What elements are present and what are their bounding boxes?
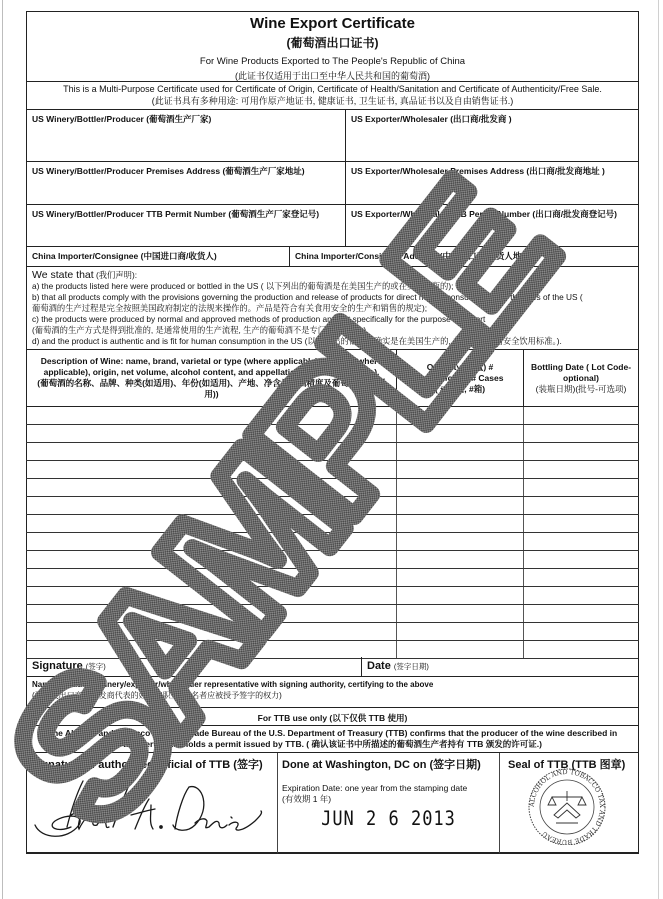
description-cell[interactable]: [26, 461, 397, 478]
ttb-confirmation: The Alcohol and Tobacco Tax and Trade Bu…: [26, 726, 639, 753]
declaration-statement: We state that (我们声明): a) the products li…: [26, 266, 639, 350]
ttb-official-signature-label: Signature of authorized official of TTB …: [27, 753, 277, 775]
handwritten-signature: [27, 775, 267, 845]
column-bottling-label-cn: (装瓶日期)(批号-可选项): [529, 384, 633, 395]
bottling-date-cell[interactable]: [524, 605, 639, 622]
producer-label: US Winery/Bottler/Producer (葡萄酒生产厂家): [32, 114, 211, 124]
table-row: [26, 551, 639, 569]
quantity-cell[interactable]: [397, 479, 524, 496]
quantity-cell[interactable]: [397, 515, 524, 532]
exporter-label: US Exporter/Wholesaler (出口商/批发商 ): [351, 114, 512, 124]
exporter-permit-label: US Exporter/Wholesaler TTB Permit Number…: [351, 209, 617, 219]
table-row: [26, 479, 639, 497]
column-header-description: Description of Wine: name, brand, variet…: [26, 350, 397, 407]
name-title-label-cn: (酒厂或出口商或批发商代表的姓名和职务, 签名者应被授予签字的权力): [32, 690, 633, 701]
table-row: [26, 533, 639, 551]
table-row: [26, 407, 639, 425]
bottling-date-cell[interactable]: [524, 497, 639, 514]
certificate-header: Wine Export Certificate (葡萄酒出口证书) For Wi…: [26, 11, 639, 82]
quantity-cell[interactable]: [397, 551, 524, 568]
exporter-address-label: US Exporter/Wholesaler Premises Address …: [351, 166, 605, 176]
name-title-label: Name and title of winery/exporter/wholes…: [32, 679, 633, 690]
description-cell[interactable]: [26, 569, 397, 586]
description-cell[interactable]: [26, 515, 397, 532]
table-row: [26, 569, 639, 587]
table-row: [26, 623, 639, 641]
ttb-use-only-banner: For TTB use only (以下仅供 TTB 使用): [26, 708, 639, 726]
description-cell[interactable]: [26, 551, 397, 568]
signature-divider: [361, 657, 362, 677]
bottling-date-cell[interactable]: [524, 443, 639, 460]
ttb-seal-box: Seal of TTB (TTB 图章) ALCOHOL AND TOBACCO…: [500, 753, 639, 854]
quantity-cell[interactable]: [397, 443, 524, 460]
bottling-date-cell[interactable]: [524, 425, 639, 442]
bottling-date-cell[interactable]: [524, 407, 639, 424]
table-row: [26, 605, 639, 623]
statement-d: d) and the product is authentic and is f…: [32, 336, 633, 347]
column-quantity-label-cn: ( #瓶/箱, #箱): [402, 384, 518, 395]
bottling-date-cell[interactable]: [524, 515, 639, 532]
column-description-label: Description of Wine: name, brand, variet…: [35, 356, 388, 378]
description-cell[interactable]: [26, 623, 397, 640]
description-cell[interactable]: [26, 425, 397, 442]
bottling-date-cell[interactable]: [524, 641, 639, 658]
table-row: [26, 461, 639, 479]
document-title: Wine Export Certificate: [27, 15, 638, 32]
quantity-cell[interactable]: [397, 425, 524, 442]
stamped-date: JUN 2 6 2013: [278, 808, 499, 831]
quantity-cell[interactable]: [397, 407, 524, 424]
description-cell[interactable]: [26, 641, 397, 658]
quantity-cell[interactable]: [397, 641, 524, 658]
bottling-date-cell[interactable]: [524, 533, 639, 550]
name-title-field[interactable]: Name and title of winery/exporter/wholes…: [26, 677, 639, 708]
bottling-date-cell[interactable]: [524, 479, 639, 496]
importer-label: China Importer/Consignee (中国进口商/收货人): [32, 251, 217, 261]
document-title-cn: (葡萄酒出口证书): [27, 34, 638, 51]
column-header-quantity: Quantity (数量) # Bottles/case, # Cases ( …: [397, 350, 524, 407]
statement-lead-cn: (我们声明):: [96, 270, 137, 280]
date-label-cn: (签字日期): [394, 662, 429, 671]
signature-field[interactable]: Signature (签字): [32, 660, 106, 672]
expiration-note: Expiration Date: one year from the stamp…: [282, 783, 495, 794]
description-cell[interactable]: [26, 407, 397, 424]
statement-lead: We state that: [32, 269, 94, 281]
ttb-confirmation-line-2: this certificate holds a permit issued b…: [27, 739, 638, 750]
page-edge: [2, 0, 3, 899]
purpose-text-cn: (此证书具有多种用途: 可用作原产地证书, 健康证书, 卫生证书, 真品证书以及…: [27, 95, 638, 107]
quantity-cell[interactable]: [397, 587, 524, 604]
ttb-use-only-label: For TTB use only (以下仅供 TTB 使用): [258, 713, 408, 723]
importer-field[interactable]: China Importer/Consignee (中国进口商/收货人): [26, 247, 290, 266]
column-description-label-cn: (葡萄酒的名称、品牌、种类(如适用)、年份(如适用)、产地、净含量、酒精度及葡萄…: [35, 378, 388, 400]
statement-c: c) the products were produced by normal …: [32, 314, 633, 325]
wine-table-body: [26, 407, 639, 659]
statement-c-cn: (葡萄酒的生产方式是得到批准的, 是通常使用的生产流程, 生产的葡萄酒不是专门用…: [32, 325, 633, 336]
description-cell[interactable]: [26, 497, 397, 514]
bottling-date-cell[interactable]: [524, 461, 639, 478]
description-cell[interactable]: [26, 479, 397, 496]
column-bottling-label: Bottling Date ( Lot Code-optional): [529, 362, 633, 384]
importer-address-label: China Importer/Consignee Address (中国进口商/…: [295, 251, 533, 261]
statement-b-cn: 葡萄酒的生产过程是完全按照美国政府制定的法规来操作的。产品是符合有关食用安全的生…: [32, 303, 633, 314]
ttb-seal-icon: ALCOHOL AND TOBACCO TAX AND TRADE BUREAU: [512, 767, 622, 845]
table-row: [26, 443, 639, 461]
ttb-official-signature-box: Signature of authorized official of TTB …: [26, 753, 278, 854]
producer-permit-field[interactable]: US Winery/Bottler/Producer TTB Permit Nu…: [26, 205, 346, 247]
producer-field[interactable]: US Winery/Bottler/Producer (葡萄酒生产厂家): [26, 110, 346, 162]
description-cell[interactable]: [26, 533, 397, 550]
done-at-box: Done at Washington, DC on (签字日期) Expirat…: [278, 753, 500, 854]
table-row: [26, 515, 639, 533]
quantity-cell[interactable]: [397, 605, 524, 622]
signature-label-cn: (签字): [86, 662, 106, 671]
column-quantity-label: Quantity (数量) # Bottles/case, # Cases: [402, 362, 518, 384]
producer-permit-label: US Winery/Bottler/Producer TTB Permit Nu…: [32, 209, 319, 219]
bottling-date-cell[interactable]: [524, 551, 639, 568]
document-subtitle: For Wine Products Exported to The People…: [27, 56, 638, 67]
expiration-note-cn: (有效期 1 年): [282, 794, 495, 805]
statement-a: a) the products listed here were produce…: [32, 281, 633, 292]
description-cell[interactable]: [26, 443, 397, 460]
quantity-cell[interactable]: [397, 497, 524, 514]
producer-address-label: US Winery/Bottler/Producer Premises Addr…: [32, 166, 305, 176]
date-field[interactable]: Date (签字日期): [367, 660, 429, 672]
description-cell[interactable]: [26, 605, 397, 622]
exporter-address-field[interactable]: US Exporter/Wholesaler Premises Address …: [346, 162, 639, 205]
exporter-field[interactable]: US Exporter/Wholesaler (出口商/批发商 ): [346, 110, 639, 162]
importer-address-field[interactable]: China Importer/Consignee Address (中国进口商/…: [290, 247, 639, 266]
bottling-date-cell[interactable]: [524, 569, 639, 586]
bottling-date-cell[interactable]: [524, 623, 639, 640]
column-header-bottling-date: Bottling Date ( Lot Code-optional) (装瓶日期…: [524, 350, 639, 407]
quantity-cell[interactable]: [397, 623, 524, 640]
statement-b: b) that all products comply with the pro…: [32, 292, 633, 303]
table-row: [26, 587, 639, 605]
quantity-cell[interactable]: [397, 533, 524, 550]
quantity-cell[interactable]: [397, 461, 524, 478]
quantity-cell[interactable]: [397, 569, 524, 586]
signature-row: Signature (签字) Date (签字日期): [26, 657, 639, 677]
table-row: [26, 497, 639, 515]
exporter-permit-field[interactable]: US Exporter/Wholesaler TTB Permit Number…: [346, 205, 639, 247]
producer-address-field[interactable]: US Winery/Bottler/Producer Premises Addr…: [26, 162, 346, 205]
purpose-text: This is a Multi-Purpose Certificate used…: [27, 83, 638, 95]
done-at-label: Done at Washington, DC on (签字日期): [278, 753, 499, 775]
signature-label: Signature: [32, 660, 83, 672]
ttb-confirmation-line-1: The Alcohol and Tobacco Tax and Trade Bu…: [27, 728, 638, 739]
table-row: [26, 425, 639, 443]
page-edge-right: [658, 0, 659, 899]
description-cell[interactable]: [26, 587, 397, 604]
purpose-statement: This is a Multi-Purpose Certificate used…: [26, 81, 639, 110]
date-label: Date: [367, 660, 391, 672]
bottling-date-cell[interactable]: [524, 587, 639, 604]
